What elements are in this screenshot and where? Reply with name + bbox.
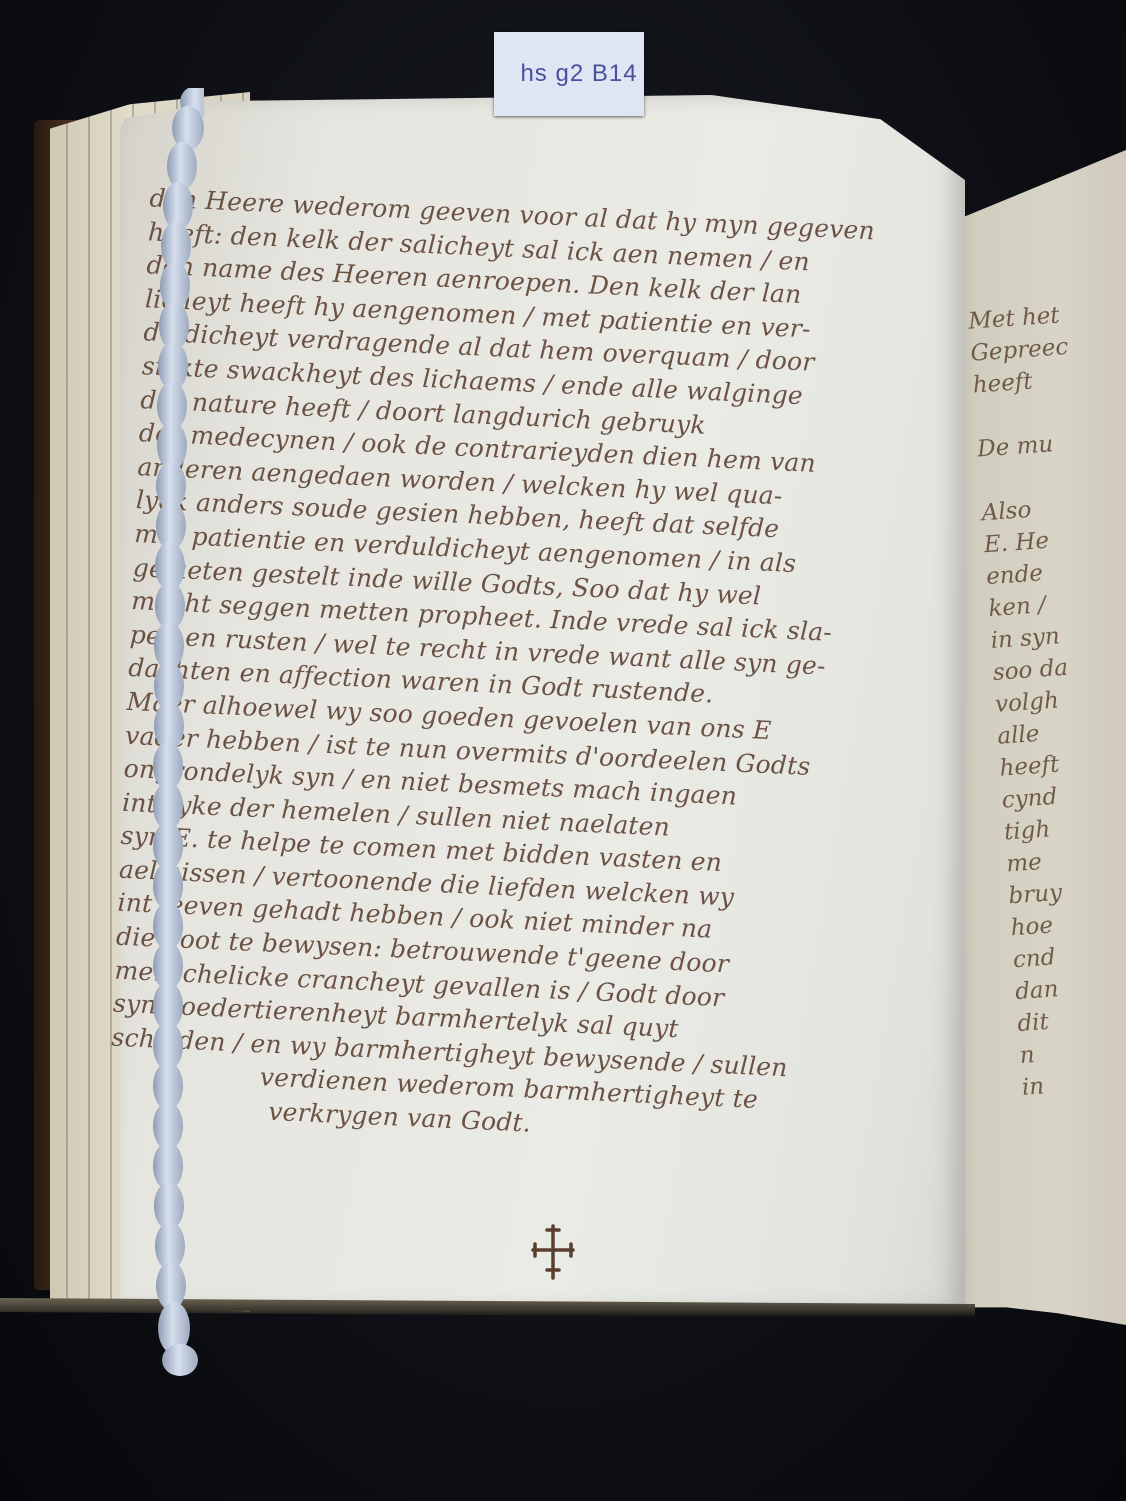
shelfmark-label: hs g2 B14 [494, 32, 644, 116]
shelfmark-text: hs g2 B14 [520, 60, 637, 88]
bookmark-cord[interactable] [152, 88, 204, 1378]
cross-ornament-icon [528, 1222, 578, 1282]
manuscript-text: den Heere wederom geeven voor al dat hy … [108, 181, 970, 1158]
